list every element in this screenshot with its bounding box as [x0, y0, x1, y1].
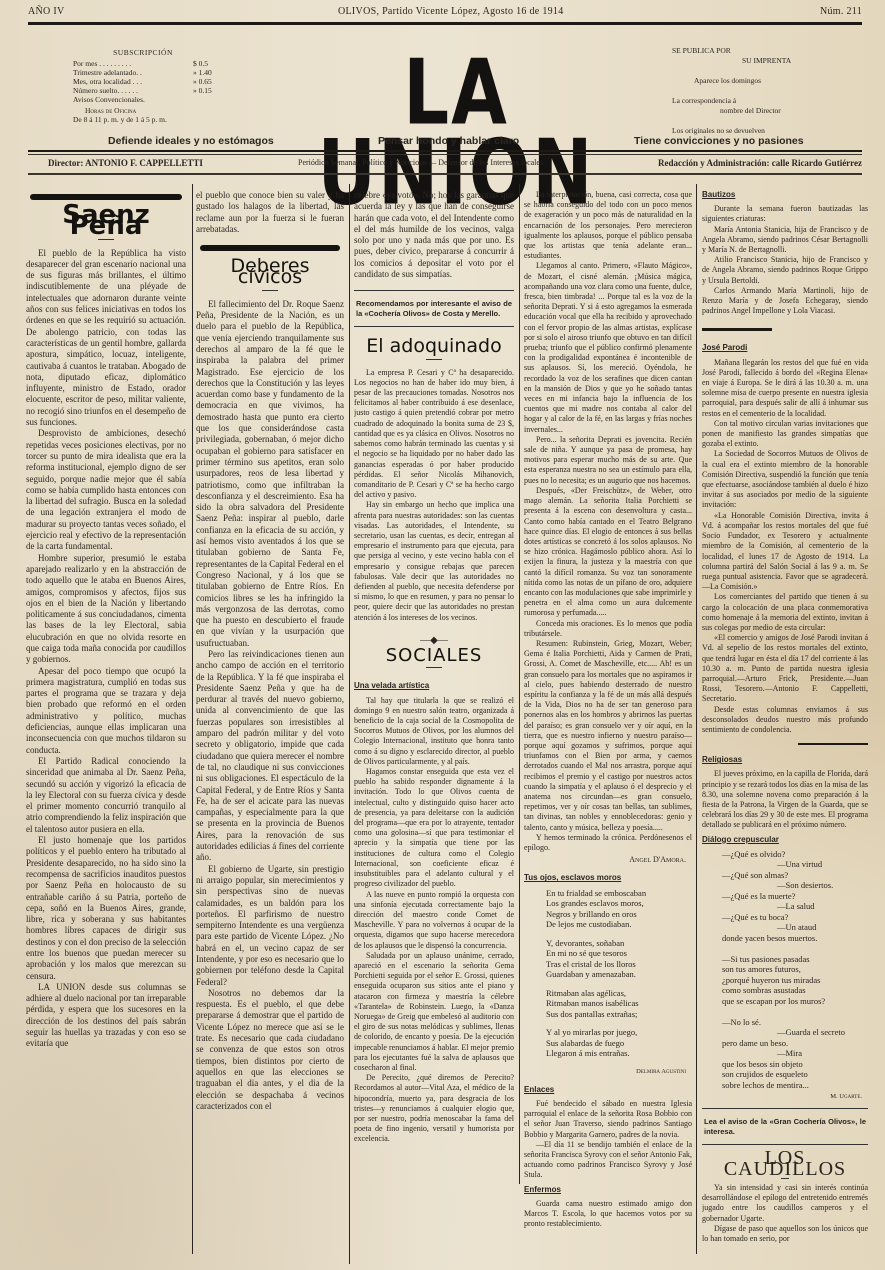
- article-body: La interpretación, buena, casi correcta,…: [524, 190, 692, 853]
- stanza: En tu frialdad se emboscabanLos grandes …: [546, 888, 692, 930]
- hours: De 8 á 11 p. m. y de 1 á 5 p. m.: [73, 115, 253, 124]
- paragraph: Pero... la señorita Deprati es jovencita…: [524, 435, 692, 486]
- paragraph: Hay sin embargo un hecho que implica una…: [354, 500, 514, 622]
- motto: Tiene convicciones y no pasiones: [634, 135, 804, 147]
- dialog-line: [722, 943, 868, 954]
- column-divider: [349, 184, 350, 1264]
- dialog-line: sobre lechos de mentira...: [722, 1080, 868, 1091]
- paragraph: Carlos Armando María Martinoli, hijo de …: [702, 286, 868, 317]
- motto: Pensar hondo y hablar claro: [378, 135, 519, 147]
- article-body: El jueves próximo, en la capilla de Flor…: [702, 769, 868, 830]
- paragraph: Resumen: Rubinstein, Grieg, Mozart, Webe…: [524, 639, 692, 833]
- headline-saenz-pena: Saenz Peña: [26, 210, 186, 233]
- dialog-line: —¿Qué es la muerte?: [722, 891, 868, 902]
- rule: [28, 173, 862, 175]
- article-body: Durante la semana fueron bautizadas las …: [702, 204, 868, 316]
- stanza: Y, devorantes, soñabanEn mi no sé que te…: [546, 938, 692, 980]
- article-body: La empresa P. Cesari y Cª ha desaparecid…: [354, 368, 514, 623]
- dash: [262, 290, 278, 291]
- paragraph: Dígase de paso que aquellos son los únic…: [702, 1224, 868, 1244]
- dialog-line: [722, 1006, 868, 1017]
- subhead-bautizos: Bautizos: [702, 190, 735, 200]
- subscription-row: Número suelto. . . . . .» 0.15: [73, 86, 253, 95]
- paragraph: Pero las reivindicaciones tienen aun anc…: [196, 649, 344, 864]
- paragraph: Hombre superior, presumió le estaba apar…: [26, 553, 186, 666]
- paragraph: Desde estas columnas enviamos á sus desc…: [702, 705, 868, 736]
- signature: Delmira Agustini: [524, 1067, 686, 1077]
- dialog-line: como sombras asustadas: [722, 985, 868, 996]
- director: Director: ANTONIO F. CAPPELLETTI: [48, 158, 203, 168]
- dialog-line: pero dame un beso.: [722, 1038, 868, 1049]
- rule: [28, 154, 862, 155]
- paragraph: De Perecito, ¿qué diremos de Perecito? R…: [354, 1073, 514, 1144]
- paragraph: El gobierno de Ugarte, sin prestigio ni …: [196, 864, 344, 988]
- dialog-line: —La salud: [722, 901, 868, 912]
- article-body: Guarda cama nuestro estimado amigo don M…: [524, 1199, 692, 1230]
- newspaper-title: LA UNION: [276, 52, 636, 212]
- paragraph: LA UNION desde sus columnas se adhiere a…: [26, 982, 186, 1050]
- paragraph: El pueblo de la República ha visto desap…: [26, 248, 186, 429]
- pub-line: SE PUBLICA POR: [672, 46, 842, 56]
- article-body: El pueblo de la República ha visto desap…: [26, 248, 186, 1050]
- subscription-row: Mes, otra localidad . . .» 0.65: [73, 77, 253, 86]
- paragraph: Conceda mis oraciones. Es lo menos que p…: [524, 619, 692, 639]
- pub-line: La correspondencia á: [672, 96, 842, 106]
- dialog-line: —¿Qué es olvido?: [722, 849, 868, 860]
- motto: Defiende ideales y no estómagos: [108, 135, 274, 147]
- dialog-line: ¿porqué huyeron tus miradas: [722, 975, 868, 986]
- article-body: Fué bendecido el sábado en nuestra Igles…: [524, 1099, 692, 1181]
- pub-line: nombre del Director: [672, 106, 842, 116]
- masthead: SUBSCRIPCIÓN Por mes . . . . . . . . .$ …: [28, 28, 862, 140]
- dash: [426, 359, 442, 360]
- stanza: Y al yo mirarlas por juego,Sus alabardas…: [546, 1027, 692, 1059]
- subhead-enlaces: Enlaces: [524, 1085, 554, 1095]
- paragraph: «La Honorable Comisión Directiva, invita…: [702, 511, 868, 593]
- dialog-line: donde yacen besos muertos.: [722, 933, 868, 944]
- top-line: AÑO IV OLIVOS, Partido Vicente López, Ag…: [28, 6, 862, 22]
- dialog-line: —Guarda el secreto: [722, 1027, 868, 1038]
- paragraph: —El día 11 se bendijo también el enlace …: [524, 1140, 692, 1181]
- subscription-row: Por mes . . . . . . . . .$ 0.5: [73, 59, 253, 68]
- hours-title: Horas de Oficina: [73, 106, 253, 115]
- paragraph: Llegamos al canto. Primero, «Flauto Mági…: [524, 261, 692, 434]
- subscription-box: SUBSCRIPCIÓN Por mes . . . . . . . . .$ …: [73, 48, 253, 124]
- dialog-line: que los besos sin objeto: [722, 1059, 868, 1070]
- stanza: Ritmaban alas agélicas,Ritmaban manos is…: [546, 988, 692, 1020]
- description: Periódico Semanal, Político y Noticioso …: [298, 158, 543, 167]
- paragraph: Durante la semana fueron bautizadas las …: [702, 204, 868, 224]
- paragraph: Desprovisto de ambiciones, desechó repet…: [26, 428, 186, 552]
- issue-number: Núm. 211: [820, 6, 862, 17]
- article-continuation: célebre «ya votó». No; hoy las garantías…: [354, 190, 514, 280]
- dialog-line: —¿Qué es tu boca?: [722, 912, 868, 923]
- paragraph: Apesar del poco tiempo que ocupó la prim…: [26, 666, 186, 756]
- paragraph: Saludada por un aplauso unánime, cerrado…: [354, 951, 514, 1073]
- subscription-row: Trimestre adelantado. .» 1.40: [73, 68, 253, 77]
- dialog-line: —Son desiertos.: [722, 880, 868, 891]
- poem: —¿Qué es olvido?—Una virtud—¿Qué son alm…: [702, 849, 868, 1091]
- column-3: célebre «ya votó». No; hoy las garantías…: [354, 190, 514, 1145]
- dialog-line: —No lo sé.: [722, 1017, 868, 1028]
- paragraph: Hagamos constar enseguida que esta vez e…: [354, 767, 514, 889]
- divider-bar: [702, 328, 772, 331]
- headline-adoquinado: El adoquinado: [354, 341, 514, 352]
- dash: [426, 667, 442, 668]
- column-5: Bautizos Durante la semana fueron bautiz…: [702, 190, 868, 1244]
- notice-cocheria: Recomendamos por interesante el aviso de…: [354, 290, 514, 327]
- article-body: Tal hay que titularla la que se realizó …: [354, 696, 514, 1145]
- ads-note: Avisos Convencionales.: [73, 95, 253, 104]
- subhead-parodi: José Parodi: [702, 343, 747, 353]
- paragraph: Atilio Francisco Stanicia, hijo de Franc…: [702, 255, 868, 286]
- dialog-line: son crujidos de esqueleto: [722, 1069, 868, 1080]
- headline-caudillos: LOS CAUDILLOS: [702, 1153, 868, 1173]
- column-2: el pueblo que conoce bien su valer y ha …: [196, 190, 344, 1112]
- article-body: Mañana llegarán los restos del que fué e…: [702, 358, 868, 736]
- paragraph: «El comercio y amigos de José Parodi inv…: [702, 633, 868, 704]
- pub-line: SU IMPRENTA: [672, 56, 842, 66]
- column-4: La interpretación, buena, casi correcta,…: [524, 190, 692, 1229]
- column-1: Saenz Peña El pueblo de la República ha …: [26, 190, 186, 1050]
- divider-bar: [200, 245, 340, 251]
- year: AÑO IV: [28, 6, 65, 17]
- subscription-title: SUBSCRIPCIÓN: [73, 48, 253, 57]
- dialog-line: que se escapan por los muros?: [722, 996, 868, 1007]
- mottos: Defiende ideales y no estómagos Pensar h…: [28, 135, 862, 149]
- signature: M. Ugarte.: [702, 1092, 862, 1102]
- column-divider: [519, 184, 520, 1184]
- article-body: Ya sin intensidad y casi sin interés con…: [702, 1183, 868, 1244]
- staff-line: Director: ANTONIO F. CAPPELLETTI Periódi…: [28, 158, 862, 172]
- paragraph: María Antonia Stanicia, hija de Francisc…: [702, 225, 868, 256]
- paragraph: Mañana llegarán los restos del que fué e…: [702, 358, 868, 419]
- paragraph: Nosotros no debemos dar la respuesta. Es…: [196, 988, 344, 1112]
- paragraph: El justo homenaje que los partidos polít…: [26, 835, 186, 982]
- dialog-line: —Una virtud: [722, 859, 868, 870]
- paragraph: Ya sin intensidad y casi sin interés con…: [702, 1183, 868, 1224]
- paragraph: Y hemos terminado la crónica. Perdónesen…: [524, 833, 692, 853]
- dialog-line: —¿Qué son almas?: [722, 870, 868, 881]
- dialog-line: son tus amores futuros,: [722, 964, 868, 975]
- paragraph: El Partido Radical conociendo la sinceri…: [26, 756, 186, 835]
- subhead-poem: Tus ojos, esclavos moros: [524, 873, 621, 883]
- pub-line: Aparece los domingos: [672, 76, 842, 86]
- signature: Angel D'Amora.: [524, 855, 686, 865]
- paragraph: El fallecimiento del Dr. Roque Saenz Peñ…: [196, 299, 344, 649]
- paragraph: La Sociedad de Socorros Mutuos de Olivos…: [702, 449, 868, 510]
- newspaper-page: AÑO IV OLIVOS, Partido Vicente López, Ag…: [18, 0, 870, 1270]
- dateline: OLIVOS, Partido Vicente López, Agosto 16…: [338, 6, 564, 17]
- paragraph: La interpretación, buena, casi correcta,…: [524, 190, 692, 261]
- notice-gran-cocheria: Lea el aviso de la «Gran Cochería Olivos…: [702, 1108, 868, 1145]
- administration: Redacción y Administración: calle Ricard…: [658, 158, 862, 168]
- column-divider: [696, 184, 697, 1254]
- paragraph: Fué bendecido el sábado en nuestra Igles…: [524, 1099, 692, 1140]
- dialog-line: —Mira: [722, 1048, 868, 1059]
- subhead-religiosas: Religiosas: [702, 755, 742, 765]
- poem: En tu frialdad se emboscabanLos grandes …: [524, 888, 692, 1059]
- subhead-velada: Una velada artística: [354, 680, 429, 691]
- subhead-enfermos: Enfermos: [524, 1185, 561, 1195]
- article-continuation: el pueblo que conoce bien su valer y ha …: [196, 190, 344, 235]
- divider-bar: [798, 743, 868, 745]
- paragraph: Con tal motivo circulan varias invitacio…: [702, 419, 868, 450]
- dialog-line: —Un ataud: [722, 922, 868, 933]
- headline-sociales: SOCIALES: [354, 650, 514, 661]
- rule: [28, 22, 862, 25]
- paragraph: A las nueve en punto rompió la orquesta …: [354, 890, 514, 951]
- headline-deberes: Deberes cívicos: [196, 261, 344, 284]
- rule: [28, 150, 862, 152]
- paragraph: Después, «Der Freischütz», de Weber, otr…: [524, 486, 692, 619]
- dialog-line: —Si tus pasiones pasadas: [722, 954, 868, 965]
- paragraph: Los comerciantes del partido que tienen …: [702, 592, 868, 633]
- publication-box: SE PUBLICA POR SU IMPRENTA Aparece los d…: [672, 46, 842, 140]
- article-body: El fallecimiento del Dr. Roque Saenz Peñ…: [196, 299, 344, 1112]
- paragraph: Tal hay que titularla la que se realizó …: [354, 696, 514, 767]
- subhead-dialogo: Diálogo crepuscular: [702, 835, 779, 845]
- column-divider: [192, 184, 193, 1254]
- paragraph: La empresa P. Cesari y Cª ha desaparecid…: [354, 368, 514, 501]
